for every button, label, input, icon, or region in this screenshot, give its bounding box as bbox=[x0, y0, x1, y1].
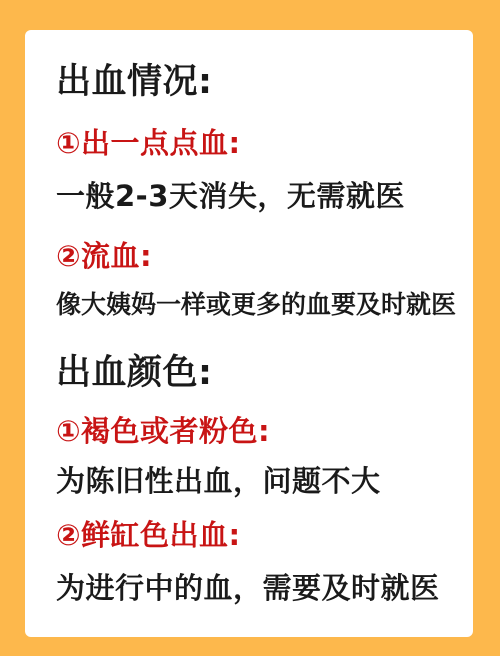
item-body-bright-red: 为进行中的血，需要及时就医 bbox=[56, 566, 440, 607]
item-heading-spotting: ①出一点点血: bbox=[56, 121, 241, 162]
item-heading-bleeding: ②流血: bbox=[56, 234, 152, 275]
section-title-bleeding-color: 出血颜色: bbox=[56, 345, 213, 395]
item-body-brown-pink: 为陈旧性出血，问题不大 bbox=[56, 459, 381, 500]
item-body-bleeding: 像大姨妈一样或更多的血要及时就医 bbox=[56, 285, 456, 321]
content-card: 出血情况: ①出一点点血: 一般2-3天消失，无需就医 ②流血: 像大姨妈一样或… bbox=[25, 30, 473, 637]
item-heading-bright-red: ②鲜缸色出血: bbox=[56, 513, 241, 554]
section-title-bleeding-situation: 出血情况: bbox=[56, 54, 213, 104]
item-body-spotting: 一般2-3天消失，无需就医 bbox=[56, 174, 405, 215]
infographic-page: { "page": { "background_color": "#FDB84C… bbox=[0, 0, 500, 656]
item-heading-brown-pink: ①褐色或者粉色: bbox=[56, 409, 270, 450]
